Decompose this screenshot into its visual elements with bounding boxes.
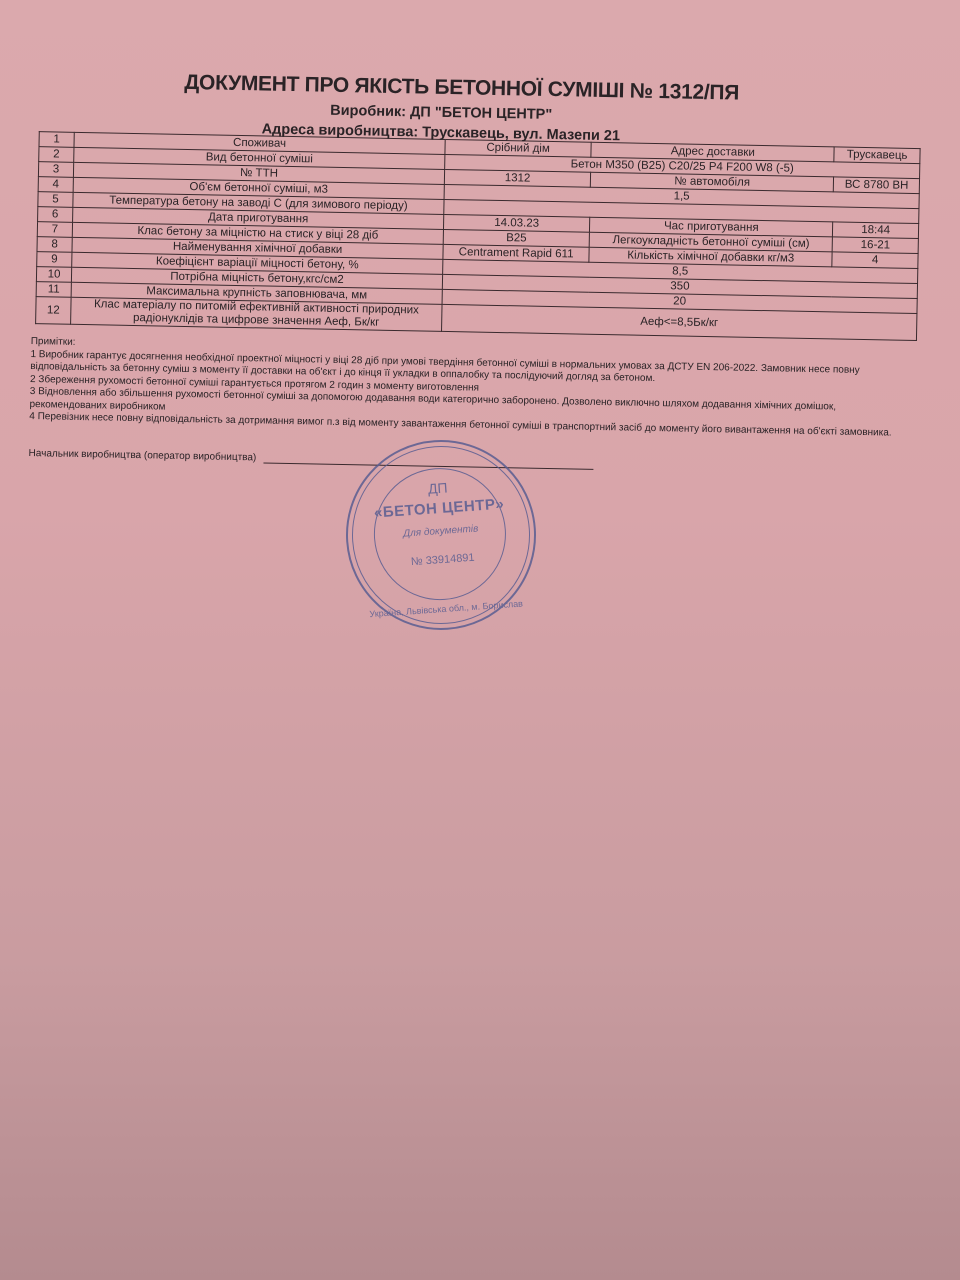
row-number: 8 xyxy=(37,237,72,253)
row-number: 2 xyxy=(39,147,74,163)
row-number: 4 xyxy=(38,177,73,193)
row-number: 9 xyxy=(37,252,72,268)
row-sub-value: 4 xyxy=(832,252,918,269)
signature-label: Начальник виробництва (оператор виробниц… xyxy=(29,448,257,463)
row-number: 6 xyxy=(38,207,73,223)
row-number: 10 xyxy=(36,267,71,283)
row-number: 5 xyxy=(38,192,73,208)
row-number: 12 xyxy=(36,297,72,325)
row-sub-value: ВС 8780 ВН xyxy=(834,177,920,194)
row-sub-value: Трускавець xyxy=(834,147,920,164)
row-number: 7 xyxy=(37,222,72,238)
row-sub-value: 16-21 xyxy=(832,237,918,254)
row-number: 11 xyxy=(36,282,71,298)
quality-document: ДОКУМЕНТ ПРО ЯКІСТЬ БЕТОННОЇ СУМІШІ № 13… xyxy=(25,68,932,476)
row-label: Клас матеріалу по питомій ефективній акт… xyxy=(71,297,442,331)
row-number: 3 xyxy=(38,162,73,178)
row-sub-value: 18:44 xyxy=(833,222,919,239)
quality-table: 1СпоживачСрібний дімАдрес доставкиТруска… xyxy=(35,131,921,341)
notes: Примітки: 1 Виробник гарантує досягнення… xyxy=(29,336,911,440)
row-number: 1 xyxy=(39,132,74,148)
